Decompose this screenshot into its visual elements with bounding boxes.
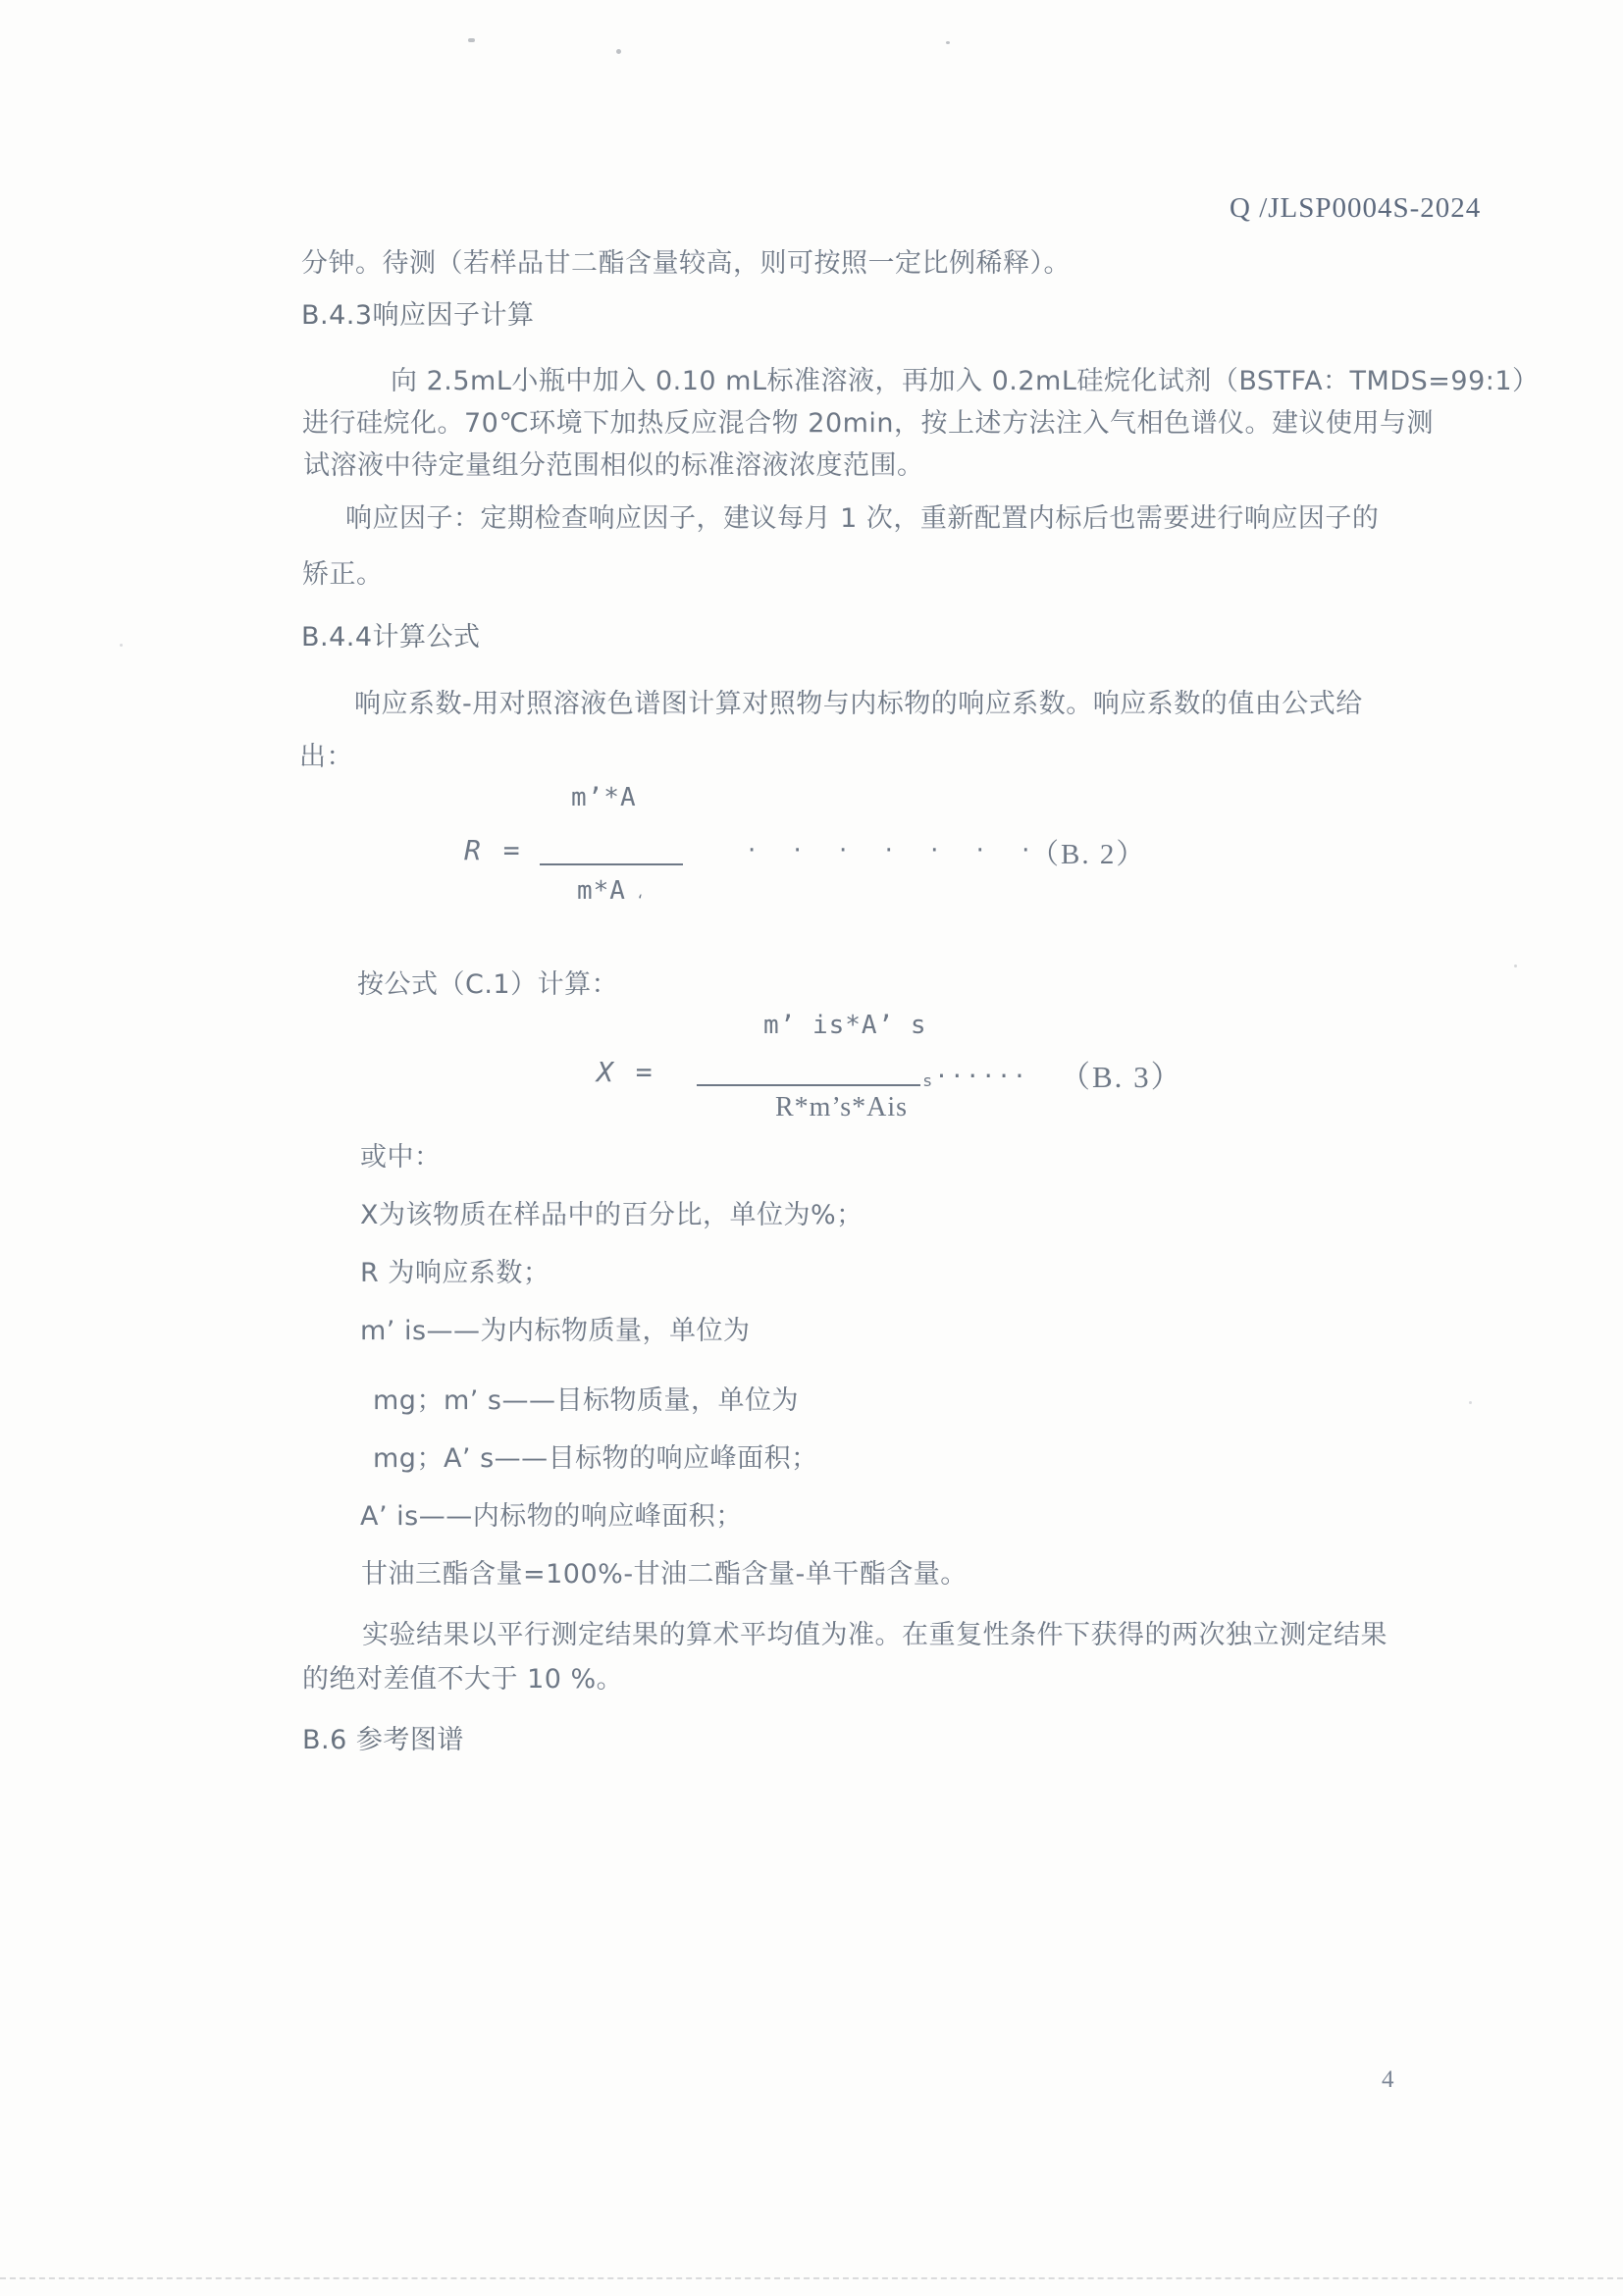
para-silylation-line1: 向 2.5mL小瓶中加入 0.10 mL标准溶液，再加入 0.2mL硅烷化试剂（…: [391, 366, 1540, 397]
para-response-factor-line2: 矫正。: [302, 559, 384, 591]
scan-speck: [946, 41, 950, 44]
para-response-coefficient-line1: 响应系数-用对照溶液色谱图计算对照物与内标物的响应系数。响应系数的值由公式给: [354, 689, 1363, 720]
para-result-line1: 实验结果以平行测定结果的算术平均值为准。在重复性条件下获得的两次独立测定结果: [362, 1620, 1387, 1651]
label-where: 或中：: [360, 1142, 442, 1174]
def-x: X为该物质在样品中的百分比，单位为%；: [360, 1200, 864, 1231]
formula-b3-dots: ......: [937, 1052, 1030, 1084]
def-m-s: mg；m’ s——目标物质量，单位为: [373, 1385, 799, 1417]
formula-b2-denominator-mark: ‘: [638, 891, 643, 910]
para-response-coefficient-line2: 出：: [299, 742, 353, 773]
scan-speck: [616, 49, 621, 54]
scanned-document-page: Q /JLSP0004S-2024 分钟。待测（若样品甘二酯含量较高，则可按照一…: [0, 0, 1623, 2296]
doc-number: Q /JLSP0004S-2024: [1230, 192, 1481, 225]
formula-b3-bar-mark: s: [923, 1071, 931, 1090]
formula-b2-lhs: R =: [464, 834, 523, 866]
def-a-is: A’ is——内标物的响应峰面积；: [360, 1501, 743, 1533]
scan-edge-line: [0, 2277, 1623, 2279]
scan-speck: [1514, 965, 1517, 967]
scan-speck: [120, 644, 123, 647]
def-m-is: m’ is——为内标物质量，单位为: [360, 1316, 751, 1347]
def-a-s: mg；A’ s——目标物的响应峰面积；: [373, 1443, 818, 1475]
def-triglyceride: 甘油三酯含量=100%-甘油二酯含量-单干酯含量。: [361, 1559, 968, 1591]
formula-b3-numerator: m’ is*A’ s: [763, 1011, 927, 1040]
para-pretreatment-continued: 分钟。待测（若样品甘二酯含量较高，则可按照一定比例稀释）。: [301, 248, 1071, 280]
para-result-line2: 的绝对差值不大于 10 %。: [302, 1664, 623, 1696]
formula-b2-fraction-bar: [540, 863, 683, 865]
heading-b4-4: B.4.4计算公式: [301, 622, 481, 653]
formula-b3-lhs: X =: [597, 1056, 655, 1088]
para-silylation-line2: 进行硅烷化。70℃环境下加热反应混合物 20min，按上述方法注入气相色谱仪。建…: [302, 408, 1434, 440]
formula-b3-denominator: R*m’s*Ais: [775, 1092, 908, 1123]
formula-b2-numerator: m’*A: [571, 783, 637, 812]
para-silylation-line3: 试溶液中待定量组分范围相似的标准溶液浓度范围。: [303, 450, 924, 482]
def-r: R 为响应系数；: [360, 1258, 550, 1289]
formula-b2-label: （B. 2）: [1030, 832, 1146, 872]
formula-b2-denominator: m*A: [577, 876, 626, 906]
formula-b3-fraction-bar: [697, 1084, 920, 1086]
heading-b6: B.6 参考图谱: [302, 1725, 464, 1756]
scan-speck: [1469, 1401, 1472, 1404]
para-response-factor-line1: 响应因子：定期检查响应因子，建议每月 1 次，重新配置内标后也需要进行响应因子的: [345, 503, 1379, 535]
page-number: 4: [1382, 2066, 1394, 2094]
scan-speck: [468, 38, 475, 42]
formula-b3-label: （B. 3）: [1060, 1052, 1183, 1096]
formula-b2-dots: · · · · · · ·: [748, 836, 1029, 865]
para-formula-c1-intro: 按公式（C.1）计算：: [357, 969, 618, 1001]
heading-b4-3: B.4.3响应因子计算: [301, 300, 535, 332]
